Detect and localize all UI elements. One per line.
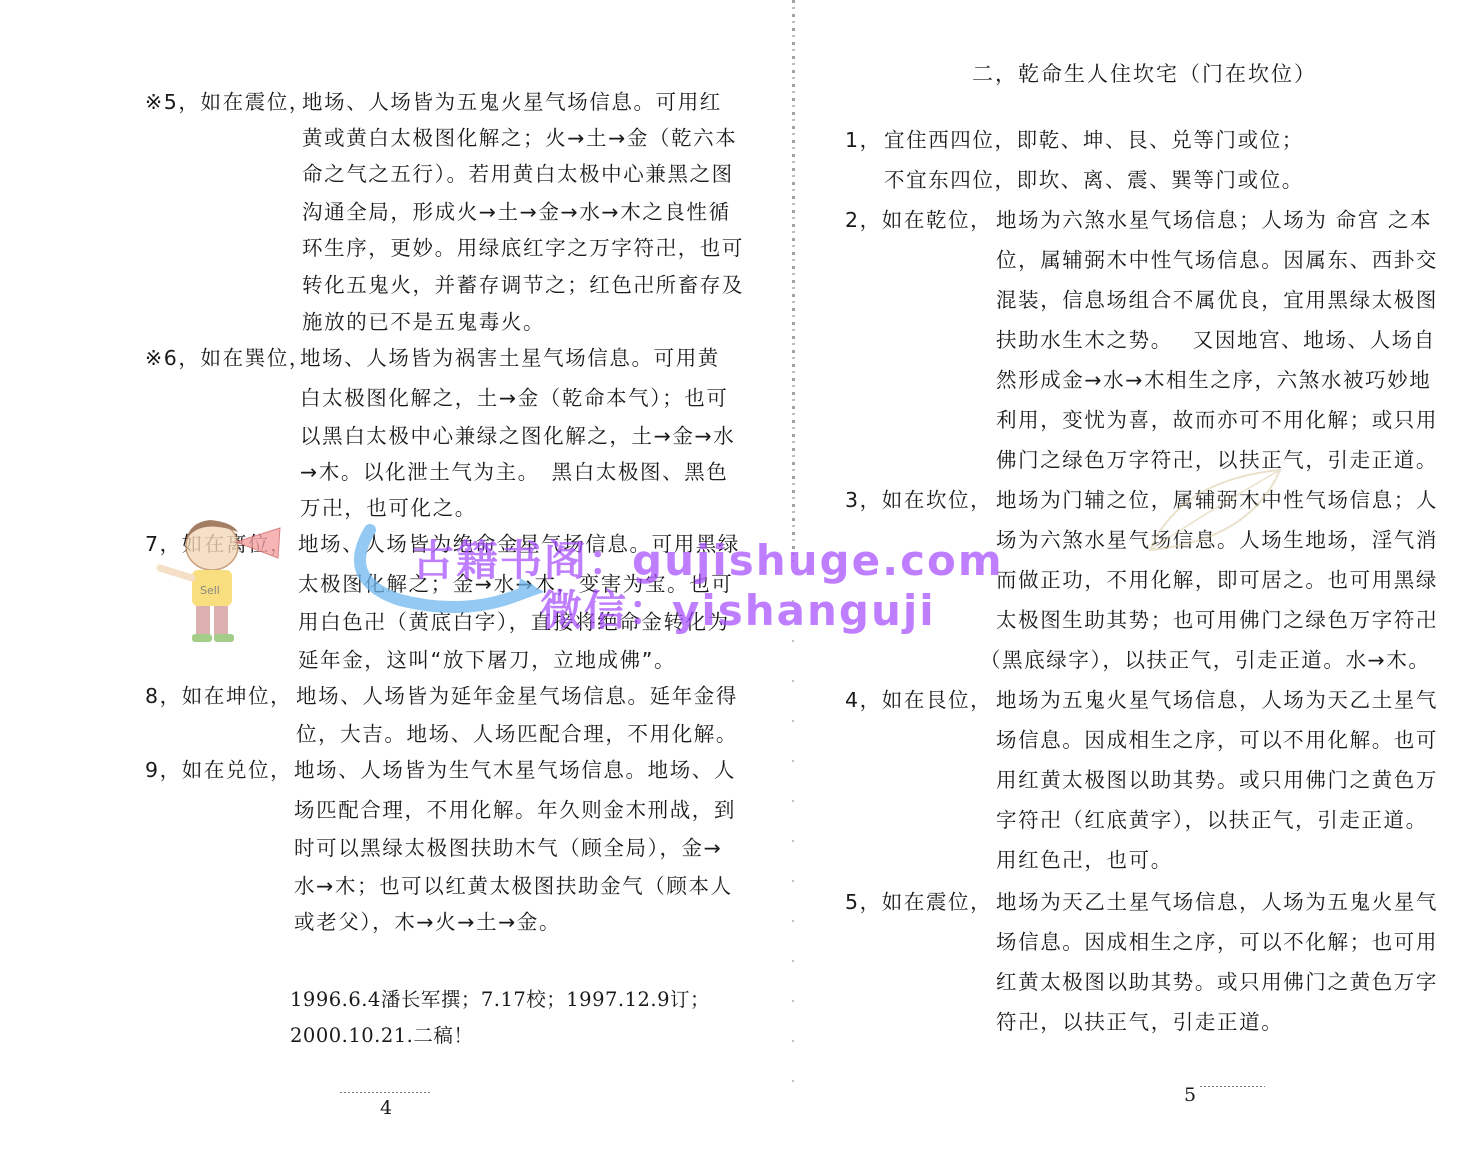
signature-line: 1996.6.4潘长军撰；7.17校；1997.12.9订；	[290, 984, 710, 1012]
leaf-watermark-icon	[1140, 460, 1290, 560]
text-line: 用红色卍，也可。	[996, 846, 1173, 874]
entry-lead: 9，如在兑位，	[145, 756, 292, 784]
page-number: 4	[380, 1097, 392, 1119]
text-line: 地场为五鬼火星气场信息，人场为天乙土星气	[996, 686, 1438, 714]
entry-lead: 1，	[845, 126, 882, 154]
entry-lead: 5，如在震位，	[845, 888, 992, 916]
footer-rule	[340, 1092, 430, 1093]
text-line: 地场、人场皆为五鬼火星气场信息。可用红	[302, 88, 722, 116]
text-line: 延年金，这叫“放下屠刀，立地成佛”。	[298, 646, 676, 674]
text-line: 场信息。因成相生之序，可以不化解；也可用	[996, 928, 1438, 956]
text-line: 施放的已不是五鬼毒火。	[302, 308, 545, 336]
text-line: 白太极图化解之，土→金（乾命本气）；也可	[300, 384, 728, 412]
entry-lead: ※6，如在巽位，	[145, 344, 311, 372]
text-line: 时可以黑绿太极图扶助木气（顾全局），金→	[294, 834, 722, 862]
text-line: 场匹配合理，不用化解。年久则金木刑战，到	[294, 796, 736, 824]
text-line: 太极图生助其势；也可用佛门之绿色万字符卍	[996, 606, 1438, 634]
mascot-watermark-icon: Sell	[140, 518, 290, 648]
text-line: 红黄太极图以助其势。或只用佛门之黄色万字	[996, 968, 1438, 996]
text-line: 地场、人场皆为延年金星气场信息。延年金得	[296, 682, 738, 710]
text-line: 然形成金→水→木相生之序，六煞水被巧妙地	[996, 366, 1431, 394]
text-line: 用红黄太极图以助其势。或只用佛门之黄色万	[996, 766, 1438, 794]
entry-lead: 4，如在艮位，	[845, 686, 992, 714]
text-line: 转化五鬼火，并蓄存调节之；红色卍所畜存及	[302, 271, 744, 299]
text-line: 黄或黄白太极图化解之；火→土→金（乾六本	[302, 124, 737, 152]
text-line: 环生序，更妙。用绿底红字之万字符卍，也可	[302, 234, 744, 262]
text-line: 万卍，也可化之。	[300, 494, 477, 522]
text-line: 字符卍（红底黄字），以扶正气，引走正道。	[996, 806, 1428, 834]
text-line: 水→木；也可以红黄太极图扶助金气（顾本人	[294, 872, 733, 900]
text-line: →木。以化泄土气为主。 黑白太极图、黑色	[300, 458, 728, 486]
text-line: 地场为天乙土星气场信息，人场为五鬼火星气	[996, 888, 1438, 916]
text-line: 场信息。因成相生之序，可以不用化解。也可	[996, 726, 1438, 754]
page-gutter-lower	[792, 560, 794, 1120]
text-line: 位，属辅弼木中性气场信息。因属东、西卦交	[996, 246, 1438, 274]
text-line: 地场、人场皆为生气木星气场信息。地场、人	[294, 756, 736, 784]
text-line: 以黑白太极中心兼绿之图化解之，土→金→水	[300, 422, 735, 450]
text-line: 或老父），木→火→土→金。	[294, 908, 561, 936]
text-line: 扶助水生木之势。 又因地宫、地场、人场自	[996, 326, 1436, 354]
page-number: 5	[1184, 1084, 1196, 1106]
text-line: 位，大吉。地场、人场匹配合理，不用化解。	[296, 720, 738, 748]
entry-lead: 2，如在乾位，	[845, 206, 992, 234]
watermark-line-2: 微信：yishanguji	[540, 578, 936, 638]
text-line: 沟通全局，形成火→土→金→水→木之良性循	[302, 198, 731, 226]
text-line: 地场、人场皆为祸害土星气场信息。可用黄	[300, 344, 720, 372]
signature-line: 2000.10.21.二稿！	[290, 1020, 473, 1048]
svg-text:Sell: Sell	[200, 584, 220, 597]
book-spread: ※5，如在震位， 地场、人场皆为五鬼火星气场信息。可用红 黄或黄白太极图化解之；…	[0, 0, 1471, 1160]
section-title: 二，乾命生人住坎宅（门在坎位）	[972, 58, 1317, 88]
text-line: 而做正功，不用化解，即可居之。也可用黑绿	[996, 566, 1438, 594]
entry-lead: 8，如在坤位，	[145, 682, 292, 710]
text-line: 混装，信息场组合不属优良，宜用黑绿太极图	[996, 286, 1438, 314]
text-line: 利用，变忧为喜，故而亦可不用化解；或只用	[996, 406, 1438, 434]
text-line: （黑底绿字），以扶正气，引走正道。水→木。	[980, 646, 1431, 674]
entry-lead: ※5，如在震位，	[145, 88, 311, 116]
text-line: 命之气之五行）。若用黄白太极中心兼黑之图	[302, 160, 734, 188]
text-line: 地场为六煞水星气场信息；人场为 命宫 之本	[996, 206, 1432, 234]
text-line: 不宜东四位，即坎、离、震、巽等门或位。	[884, 166, 1304, 194]
text-line: 宜住西四位，即乾、坤、艮、兑等门或位；	[884, 126, 1304, 154]
entry-lead: 3，如在坎位，	[845, 486, 992, 514]
page-gutter	[792, 0, 795, 560]
footer-rule	[1200, 1086, 1265, 1087]
text-line: 符卍，以扶正气，引走正道。	[996, 1008, 1283, 1036]
